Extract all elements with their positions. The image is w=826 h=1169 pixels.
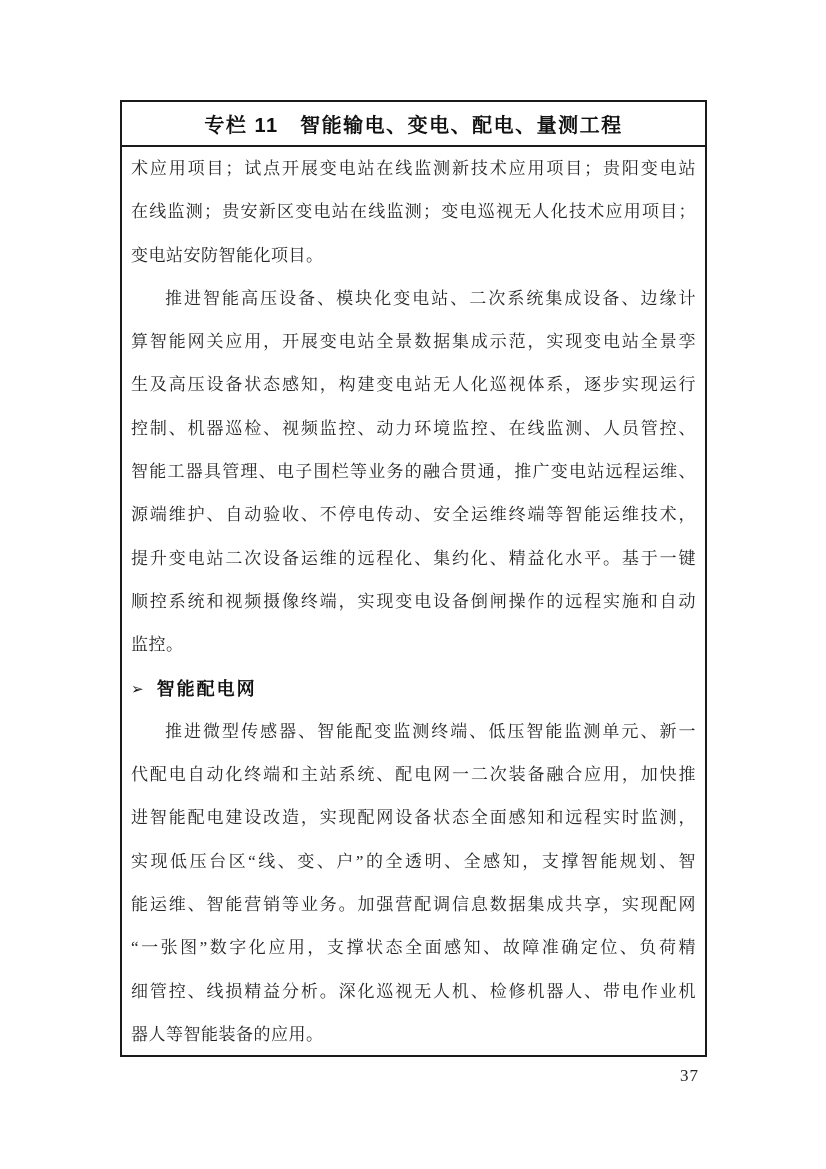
text-line: 顺控系统和视频摄像终端，实现变电设备倒闸操作的远程实施和自动 [131, 580, 696, 623]
text-line: 能运维、智能营销等业务。加强营配调信息数据集成共享，实现配网 [131, 883, 696, 926]
text-line: 推进微型传感器、智能配变监测终端、低压智能监测单元、新一 [131, 710, 696, 753]
text-line: 控制、机器巡检、视频监控、动力环境监控、在线监测、人员管控、 [131, 407, 696, 450]
panel-body: 术应用项目；试点开展变电站在线监测新技术应用项目；贵阳变电站 在线监测；贵安新区… [122, 147, 705, 1056]
page-number: 37 [680, 1066, 699, 1086]
text-line: 在线监测；贵安新区变电站在线监测；变电巡视无人化技术应用项目； [131, 190, 696, 233]
text-line: “一张图”数字化应用，支撑状态全面感知、故障准确定位、负荷精 [131, 926, 696, 969]
text-line: 实现低压台区“线、变、户”的全透明、全感知，支撑智能规划、智 [131, 840, 696, 883]
text-line: 推进智能高压设备、模块化变电站、二次系统集成设备、边缘计 [131, 277, 696, 320]
text-line: 术应用项目；试点开展变电站在线监测新技术应用项目；贵阳变电站 [131, 147, 696, 190]
text-line: 代配电自动化终端和主站系统、配电网一二次装备融合应用，加快推 [131, 753, 696, 796]
paragraph-substation: 推进智能高压设备、模块化变电站、二次系统集成设备、边缘计 算智能网关应用，开展变… [131, 277, 696, 667]
text-line: 监控。 [131, 623, 696, 666]
text-line: 器人等智能装备的应用。 [131, 1013, 696, 1056]
panel-title: 专栏 11 智能输电、变电、配电、量测工程 [122, 102, 705, 147]
arrow-bullet-icon: ➢ [131, 682, 144, 697]
text-line: 智能工器具管理、电子围栏等业务的融合贯通，推广变电站远程运维、 [131, 450, 696, 493]
text-line: 源端维护、自动验收、不停电传动、安全运维终端等智能运维技术， [131, 493, 696, 536]
text-line: 细管控、线损精益分析。深化巡视无人机、检修机器人、带电作业机 [131, 970, 696, 1013]
paragraph-distribution: 推进微型传感器、智能配变监测终端、低压智能监测单元、新一 代配电自动化终端和主站… [131, 710, 696, 1056]
text-line: 提升变电站二次设备运维的远程化、集约化、精益化水平。基于一键 [131, 537, 696, 580]
paragraph-continued: 术应用项目；试点开展变电站在线监测新技术应用项目；贵阳变电站 在线监测；贵安新区… [131, 147, 696, 277]
smart-distribution-heading: ➢ 智能配电网 [131, 667, 696, 710]
subheading-label: 智能配电网 [157, 675, 257, 701]
text-line: 生及高压设备状态感知，构建变电站无人化巡视体系，逐步实现运行 [131, 363, 696, 406]
text-line: 进智能配电建设改造，实现配网设备状态全面感知和远程实时监测， [131, 796, 696, 839]
special-column-panel: 专栏 11 智能输电、变电、配电、量测工程 术应用项目；试点开展变电站在线监测新… [120, 100, 707, 1057]
text-line: 变电站安防智能化项目。 [131, 234, 696, 277]
text-line: 算智能网关应用，开展变电站全景数据集成示范，实现变电站全景孪 [131, 320, 696, 363]
